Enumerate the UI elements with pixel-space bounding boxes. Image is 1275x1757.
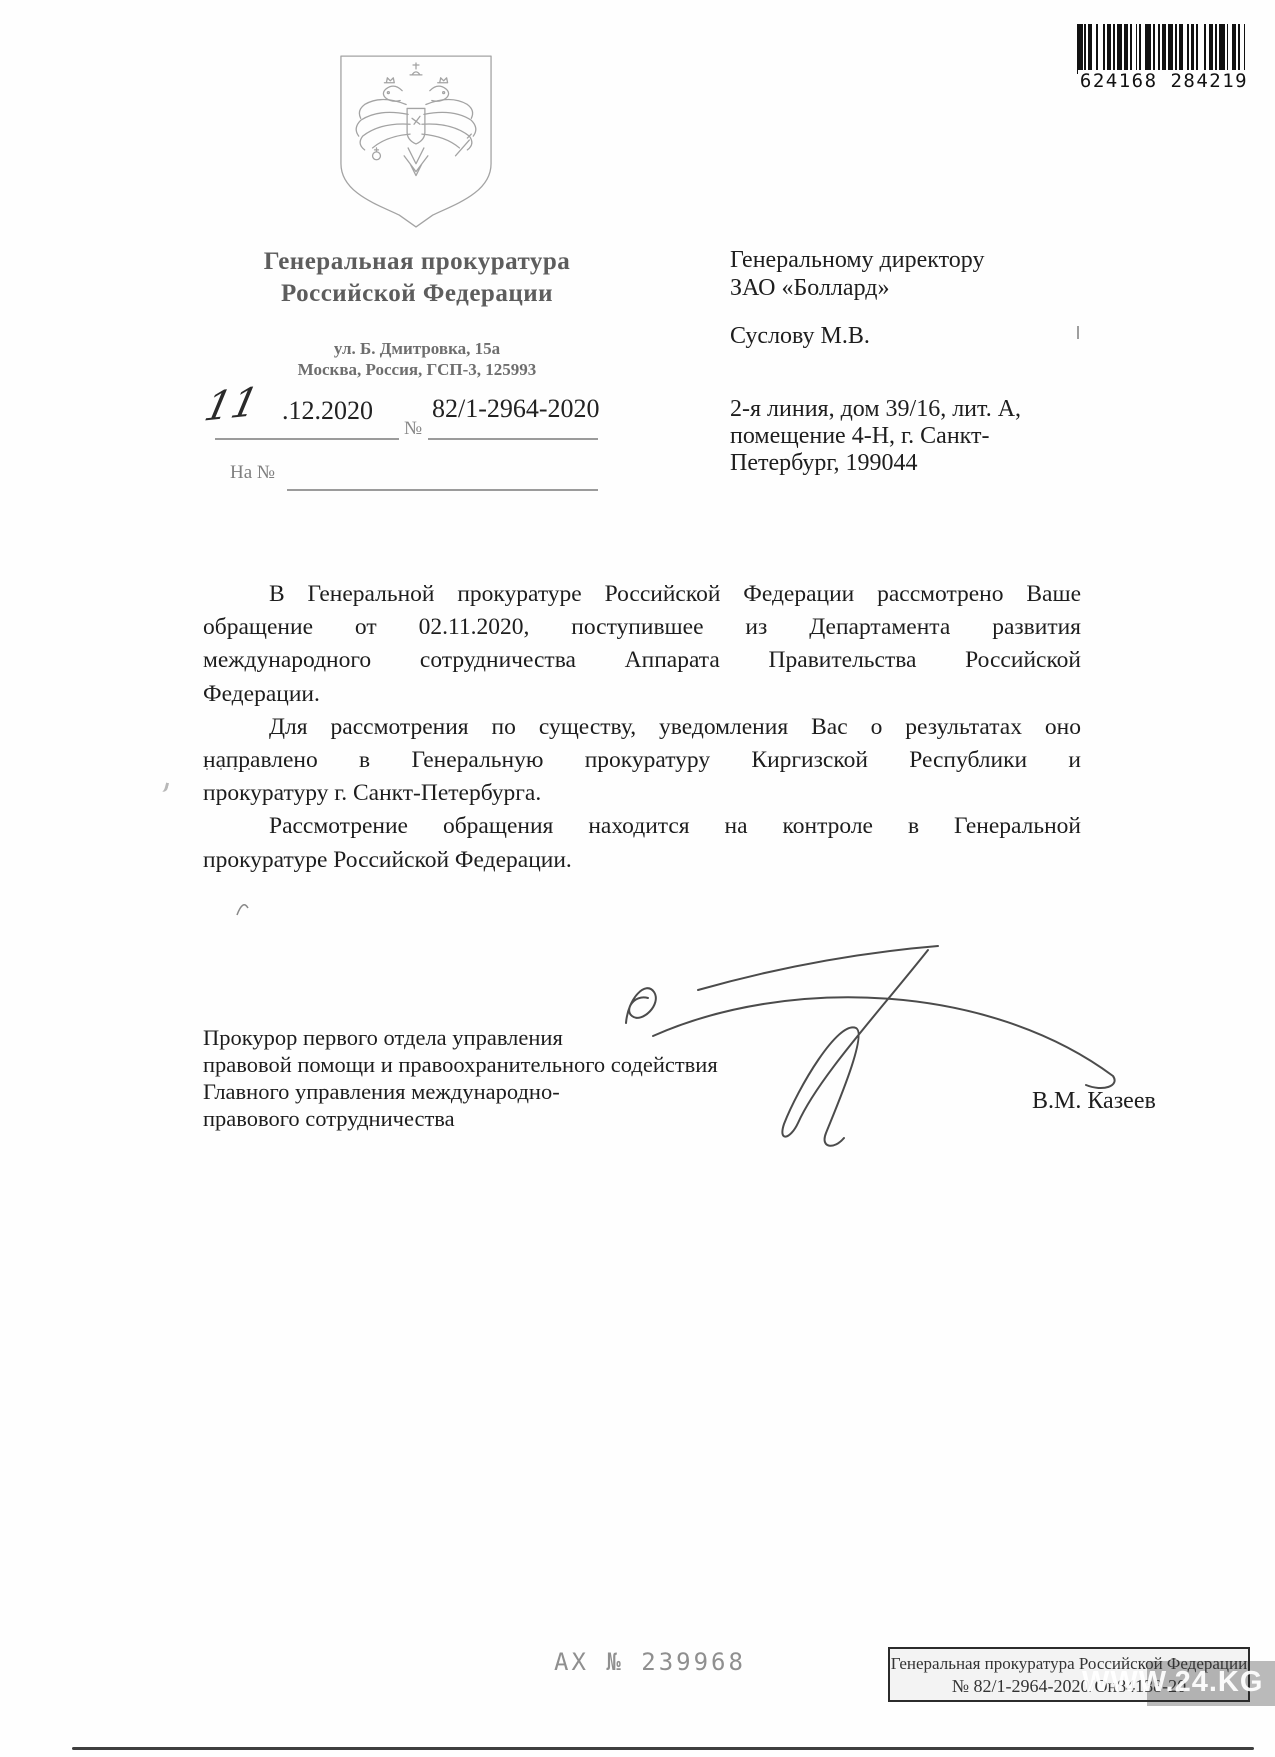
reply-reference-label: На № bbox=[230, 462, 275, 484]
body-line: Для рассмотрения по существу, уведомлени… bbox=[203, 711, 1081, 744]
coat-of-arms-russia-icon bbox=[337, 52, 495, 232]
number-sign-label: № bbox=[404, 418, 422, 440]
signature-scribble bbox=[598, 928, 1178, 1163]
body-line: прокуратуре Российской Федерации. bbox=[203, 844, 1081, 877]
body-line: Рассмотрение обращения находится на конт… bbox=[203, 810, 1081, 843]
scan-artifact bbox=[159, 781, 169, 793]
recipient-address-line3: Петербург, 199044 bbox=[730, 450, 1110, 477]
letter-date: .12.2020 bbox=[282, 396, 373, 426]
scanned-letter-page: 624168 284219 bbox=[0, 0, 1275, 1757]
date-underline bbox=[215, 438, 399, 440]
body-line: направлено в Генеральную прокуратуру Кир… bbox=[203, 744, 1081, 777]
barcode-number: 624168 284219 bbox=[1078, 70, 1250, 92]
barcode-bars-icon bbox=[1076, 24, 1252, 74]
scan-artifact bbox=[200, 766, 256, 772]
body-line: обращение от 02.11.2020, поступившее из … bbox=[203, 611, 1081, 644]
recipient-position: Генеральному директору ЗАО «Боллард» bbox=[730, 246, 1110, 302]
letterhead-address-line1: ул. Б. Дмитровка, 15а bbox=[213, 338, 621, 359]
handwritten-day: 11 bbox=[200, 379, 262, 430]
outgoing-number: 82/1-2964-2020 bbox=[432, 394, 600, 424]
scan-artifact bbox=[1077, 326, 1079, 339]
barcode: 624168 284219 bbox=[1076, 24, 1252, 98]
signer-name: В.М. Казеев bbox=[1032, 1088, 1156, 1115]
recipient-name: Суслову М.В. bbox=[730, 322, 1110, 350]
recipient-address-line1: 2-я линия, дом 39/16, лит. А, bbox=[730, 396, 1110, 423]
letter-body: В Генеральной прокуратуре Российской Фед… bbox=[203, 578, 1081, 877]
letterhead-address: ул. Б. Дмитровка, 15а Москва, Россия, ГС… bbox=[213, 338, 621, 380]
letterhead-address-line2: Москва, Россия, ГСП-3, 125993 bbox=[213, 359, 621, 380]
scan-artifact bbox=[235, 900, 251, 923]
body-line: прокуратуру г. Санкт-Петербурга. bbox=[203, 777, 1081, 810]
recipient-address-line2: помещение 4-Н, г. Санкт- bbox=[730, 423, 1110, 450]
org-name-line1: Генеральная прокуратура bbox=[213, 246, 621, 278]
scan-edge-line bbox=[72, 1747, 1254, 1750]
letterhead-org-name: Генеральная прокуратура Российской Федер… bbox=[213, 246, 621, 310]
registry-stamp-number: АХ № 239968 bbox=[500, 1648, 800, 1676]
site-watermark: WWW.24.KG bbox=[1082, 1666, 1263, 1699]
recipient-position-line2: ЗАО «Боллард» bbox=[730, 274, 1110, 302]
recipient-position-line1: Генеральному директору bbox=[730, 246, 1110, 274]
org-name-line2: Российской Федерации bbox=[213, 278, 621, 310]
body-line: международного сотрудничества Аппарата П… bbox=[203, 644, 1081, 677]
body-line: В Генеральной прокуратуре Российской Фед… bbox=[203, 578, 1081, 611]
number-underline bbox=[428, 438, 598, 440]
reply-reference-underline bbox=[287, 489, 598, 491]
body-line: Федерации. bbox=[203, 678, 1081, 711]
recipient-address: 2-я линия, дом 39/16, лит. А, помещение … bbox=[730, 396, 1110, 477]
